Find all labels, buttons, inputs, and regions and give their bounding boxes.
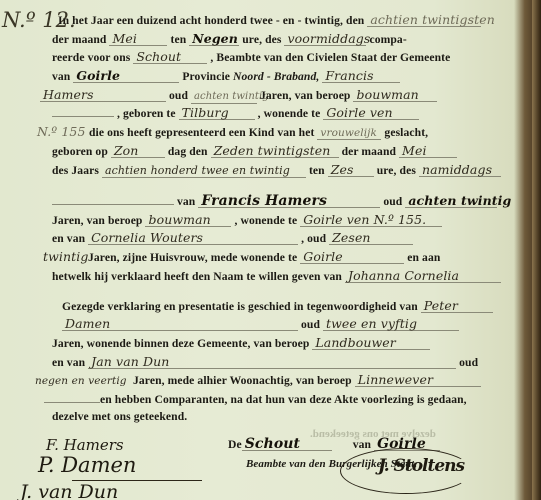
printed-text: geboren op — [52, 145, 108, 158]
printed-text: Gezegde verklaring en presentatie is ges… — [62, 300, 418, 313]
record-line-3: reerde voor ons Schout , Beambte van den… — [52, 51, 450, 64]
handwritten-sex: vrouwelijk — [317, 127, 381, 140]
record-line-7: N.º 155 die ons heeft gepresenteerd een … — [34, 126, 428, 140]
printed-text: ure, des — [242, 33, 281, 46]
handwritten-municipality: Goirle — [73, 70, 179, 83]
handwritten-witness2-age: negen en veertig — [32, 375, 130, 387]
printed-text: Jaren, van beroep — [260, 89, 350, 102]
record-line-15: Gezegde verklaring en presentatie is ges… — [62, 300, 493, 313]
printed-text: , wonende te — [234, 214, 297, 227]
handwritten-birth-day: Zeden twintigsten — [211, 145, 339, 158]
printed-text: Provincie — [182, 70, 230, 83]
printed-text: oud — [459, 356, 478, 369]
handwritten-residence: Goirle ven — [323, 107, 419, 120]
handwritten-father-age: achten twintig — [191, 91, 257, 104]
printed-text: , Beambte van den Civielen Staat der Gem… — [210, 51, 450, 64]
handwritten-mother-age-cont: twintig — [40, 251, 88, 263]
handwritten-daypart: voormiddags — [284, 33, 366, 46]
printed-text: dag den — [168, 145, 208, 158]
printed-text: des Jaars — [52, 164, 99, 177]
handwritten-father-age: achten twintig — [405, 195, 497, 208]
record-line-2: der maand Mei ten Negen ure, des voormid… — [52, 33, 407, 46]
record-line-18: en van Jan van Dun oud — [52, 356, 478, 369]
handwritten-official: Schout — [133, 51, 207, 64]
printed-text: reerde voor ons — [52, 51, 130, 64]
printed-text: , wonende te — [258, 107, 321, 120]
printed-province: Noord - Braband, — [233, 70, 319, 83]
printed-text: , oud — [301, 232, 326, 245]
signature-father: F. Hamers — [46, 436, 124, 454]
printed-text: dezelve met ons geteekend. — [52, 410, 187, 423]
document-page: N.º 12. In het Jaar een duizend acht hon… — [0, 0, 541, 500]
handwritten-father-occupation: bouwman — [145, 214, 231, 227]
handwritten-hour: Negen — [189, 33, 239, 46]
handwritten-birth-month: Mei — [399, 145, 457, 158]
record-line-9: des Jaars achtien honderd twee en twinti… — [52, 164, 501, 178]
printed-text: geslacht, — [384, 126, 428, 139]
printed-text: oud — [383, 195, 402, 208]
printed-text: van — [52, 70, 70, 83]
handwritten-father-surname: Hamers — [40, 89, 166, 102]
handwritten-month: Mei — [109, 33, 167, 46]
handwritten-witness2-occupation: Linnewever — [355, 374, 481, 387]
printed-text: ten — [309, 164, 325, 177]
handwritten-father-firstname: Francis — [322, 70, 400, 83]
record-line-13: twintigJaren, zijne Huisvrouw, mede wone… — [40, 251, 440, 264]
printed-text: van — [353, 438, 371, 451]
handwritten-day: achtien twintigsten — [367, 14, 481, 27]
printed-text: Jaren, mede alhier Woonachtig, van beroe… — [133, 374, 352, 387]
printed-text: en aan — [407, 251, 440, 264]
handwritten-official-title: Schout — [242, 438, 332, 451]
printed-text: van — [177, 195, 195, 208]
handwritten-witness1-occupation: Landbouwer — [312, 337, 430, 350]
handwritten-mother-residence: Goirle — [300, 251, 404, 264]
printed-text: In het Jaar een duizend acht honderd twe… — [58, 14, 364, 27]
record-line-12: en van Cornelia Wouters , oud Zesen — [52, 232, 413, 245]
handwritten-witness1-firstname: Peter — [421, 300, 493, 313]
handwritten-mother-age: Zesen — [329, 232, 413, 245]
signature-witness-2: J. van Dun — [20, 484, 118, 500]
handwritten-witness1-age: twee en vyftig — [323, 318, 459, 331]
record-line-20: en hebben Comparanten, na dat hun van de… — [44, 393, 467, 406]
record-line-21: dezelve met ons geteekend. — [52, 410, 187, 423]
handwritten-weekday: Zon — [111, 145, 165, 158]
printed-text: compa- — [369, 33, 406, 46]
handwritten-birth-daypart: namiddags — [419, 164, 501, 177]
handwritten-witness1-surname: Damen — [62, 318, 298, 331]
printed-text: der maand — [52, 33, 106, 46]
record-line-1: In het Jaar een duizend acht honderd twe… — [58, 14, 481, 27]
handwritten-father-residence: Goirle ven N.º 155. — [300, 214, 442, 227]
record-line-10: van Francis Hamers oud achten twintig — [52, 195, 497, 208]
handwritten-father-name: Francis Hamers — [198, 195, 380, 208]
handwritten-birth-year: achtien honderd twee en twintig — [102, 165, 306, 178]
signature-official: J. Stoltens — [378, 456, 464, 476]
signature-witness-1: P. Damen — [38, 453, 136, 477]
handwritten-birthplace: Tilburg — [179, 107, 255, 120]
handwritten-witness2-name: Jan van Dun — [88, 356, 456, 369]
book-spine-edge — [532, 0, 541, 500]
record-line-6: , geboren te Tilburg , wonende te Goirle… — [52, 107, 419, 120]
record-line-14: hetwelk hij verklaard heeft den Naam te … — [52, 270, 501, 283]
handwritten-birth-hour: Zes — [328, 164, 374, 177]
printed-text: ure, des — [377, 164, 416, 177]
record-line-11: Jaren, van beroep bouwman , wonende te G… — [52, 214, 442, 227]
record-line-4: van Goirle Provincie Noord - Braband, Fr… — [52, 70, 400, 83]
record-line-17: Jaren, wonende binnen deze Gemeente, van… — [52, 337, 430, 350]
record-line-19: negen en veertig Jaren, mede alhier Woon… — [32, 374, 481, 387]
printed-text: ten — [170, 33, 186, 46]
printed-text: Jaren, van beroep — [52, 214, 142, 227]
printed-text: Jaren, zijne Huisvrouw, mede wonende te — [88, 251, 297, 264]
printed-text: en van — [52, 356, 85, 369]
printed-text: , geboren te — [117, 107, 176, 120]
printed-text: en hebben Comparanten, na dat hun van de… — [100, 393, 467, 406]
handwritten-child-name: Johanna Cornelia — [345, 270, 501, 283]
printed-text: Jaren, wonende binnen deze Gemeente, van… — [52, 337, 309, 350]
record-line-5: Hamers oud achten twintig Jaren, van ber… — [40, 89, 437, 104]
record-line-8: geboren op Zon dag den Zeden twintigsten… — [52, 145, 457, 158]
printed-text: De — [228, 438, 242, 451]
printed-text: die ons heeft gepresenteerd een Kind van… — [89, 126, 314, 139]
printed-text: en van — [52, 232, 85, 245]
handwritten-house-number: N.º 155 — [34, 126, 86, 138]
printed-text: oud — [169, 89, 188, 102]
handwritten-father-occupation: bouwman — [353, 89, 437, 102]
handwritten-mother-name: Cornelia Wouters — [88, 232, 298, 245]
printed-text: hetwelk hij verklaard heeft den Naam te … — [52, 270, 342, 283]
record-line-16: Damen oud twee en vyftig — [62, 318, 459, 331]
printed-text: der maand — [342, 145, 396, 158]
printed-text: oud — [301, 318, 320, 331]
